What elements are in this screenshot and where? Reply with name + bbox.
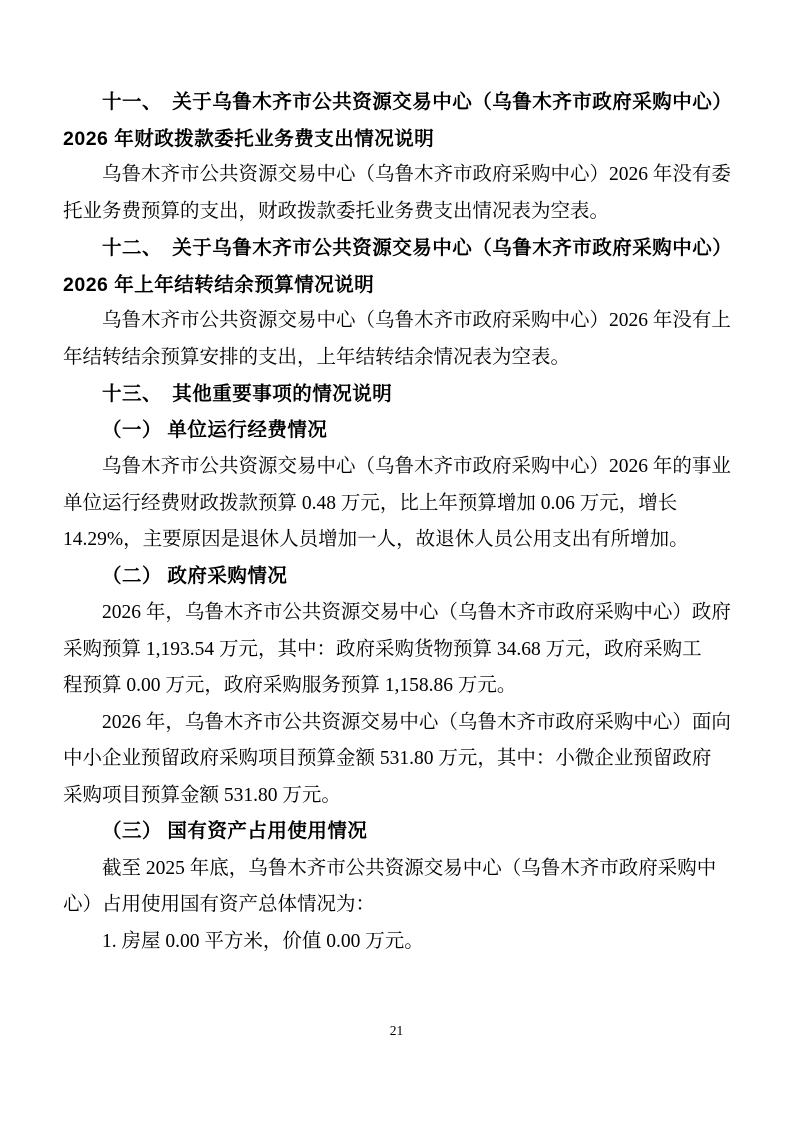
- paragraph: 2026 年，乌鲁木齐市公共资源交易中心（乌鲁木齐市政府采购中心）面向 中小企业…: [63, 705, 737, 815]
- subheading-line: （一） 单位运行经费情况: [63, 413, 737, 450]
- heading-line: 十一、 关于乌鲁木齐市公共资源交易中心（乌鲁木齐市政府采购中心）: [63, 84, 737, 121]
- heading-line: 2026 年上年结转结余预算情况说明: [63, 267, 737, 304]
- text-line: 2026 年，乌鲁木齐市公共资源交易中心（乌鲁木齐市政府采购中心）政府: [63, 595, 737, 632]
- document-page: 十一、 关于乌鲁木齐市公共资源交易中心（乌鲁木齐市政府采购中心） 2026 年财…: [0, 0, 793, 1122]
- text-line: 1. 房屋 0.00 平方米，价值 0.00 万元。: [63, 924, 737, 961]
- section-heading-11: 十一、 关于乌鲁木齐市公共资源交易中心（乌鲁木齐市政府采购中心） 2026 年财…: [63, 84, 737, 157]
- paragraph: 乌鲁木齐市公共资源交易中心（乌鲁木齐市政府采购中心）2026 年的事业 单位运行…: [63, 449, 737, 559]
- paragraph: 截至 2025 年底，乌鲁木齐市公共资源交易中心（乌鲁木齐市政府采购中 心）占用…: [63, 851, 737, 924]
- text-line: 乌鲁木齐市公共资源交易中心（乌鲁木齐市政府采购中心）2026 年没有上: [63, 303, 737, 340]
- text-line: 程预算 0.00 万元，政府采购服务预算 1,158.86 万元。: [63, 668, 737, 705]
- sub-heading-1: （一） 单位运行经费情况: [63, 413, 737, 450]
- text-line: 托业务费预算的支出，财政拨款委托业务费支出情况表为空表。: [63, 194, 737, 231]
- paragraph: 2026 年，乌鲁木齐市公共资源交易中心（乌鲁木齐市政府采购中心）政府 采购预算…: [63, 595, 737, 705]
- paragraph: 1. 房屋 0.00 平方米，价值 0.00 万元。: [63, 924, 737, 961]
- text-line: 采购预算 1,193.54 万元，其中：政府采购货物预算 34.68 万元，政府…: [63, 632, 737, 669]
- text-line: 年结转结余预算安排的支出，上年结转结余情况表为空表。: [63, 340, 737, 377]
- text-line: 乌鲁木齐市公共资源交易中心（乌鲁木齐市政府采购中心）2026 年的事业: [63, 449, 737, 486]
- section-heading-12: 十二、 关于乌鲁木齐市公共资源交易中心（乌鲁木齐市政府采购中心） 2026 年上…: [63, 230, 737, 303]
- text-line: 心）占用使用国有资产总体情况为：: [63, 887, 737, 924]
- sub-heading-2: （二） 政府采购情况: [63, 559, 737, 596]
- heading-line: 十二、 关于乌鲁木齐市公共资源交易中心（乌鲁木齐市政府采购中心）: [63, 230, 737, 267]
- document-body: 十一、 关于乌鲁木齐市公共资源交易中心（乌鲁木齐市政府采购中心） 2026 年财…: [63, 84, 737, 960]
- heading-line: 2026 年财政拨款委托业务费支出情况说明: [63, 121, 737, 158]
- section-heading-13: 十三、 其他重要事项的情况说明: [63, 376, 737, 413]
- text-line: 14.29%，主要原因是退休人员增加一人，故退休人员公用支出有所增加。: [63, 522, 737, 559]
- text-line: 中小企业预留政府采购项目预算金额 531.80 万元，其中：小微企业预留政府: [63, 741, 737, 778]
- page-number: 21: [0, 1022, 793, 1040]
- text-line: 单位运行经费财政拨款预算 0.48 万元，比上年预算增加 0.06 万元，增长: [63, 486, 737, 523]
- text-line: 乌鲁木齐市公共资源交易中心（乌鲁木齐市政府采购中心）2026 年没有委: [63, 157, 737, 194]
- text-line: 采购项目预算金额 531.80 万元。: [63, 778, 737, 815]
- paragraph: 乌鲁木齐市公共资源交易中心（乌鲁木齐市政府采购中心）2026 年没有委 托业务费…: [63, 157, 737, 230]
- paragraph: 乌鲁木齐市公共资源交易中心（乌鲁木齐市政府采购中心）2026 年没有上 年结转结…: [63, 303, 737, 376]
- subheading-line: （三） 国有资产占用使用情况: [63, 814, 737, 851]
- subheading-line: （二） 政府采购情况: [63, 559, 737, 596]
- text-line: 截至 2025 年底，乌鲁木齐市公共资源交易中心（乌鲁木齐市政府采购中: [63, 851, 737, 888]
- heading-line: 十三、 其他重要事项的情况说明: [63, 376, 737, 413]
- sub-heading-3: （三） 国有资产占用使用情况: [63, 814, 737, 851]
- text-line: 2026 年，乌鲁木齐市公共资源交易中心（乌鲁木齐市政府采购中心）面向: [63, 705, 737, 742]
